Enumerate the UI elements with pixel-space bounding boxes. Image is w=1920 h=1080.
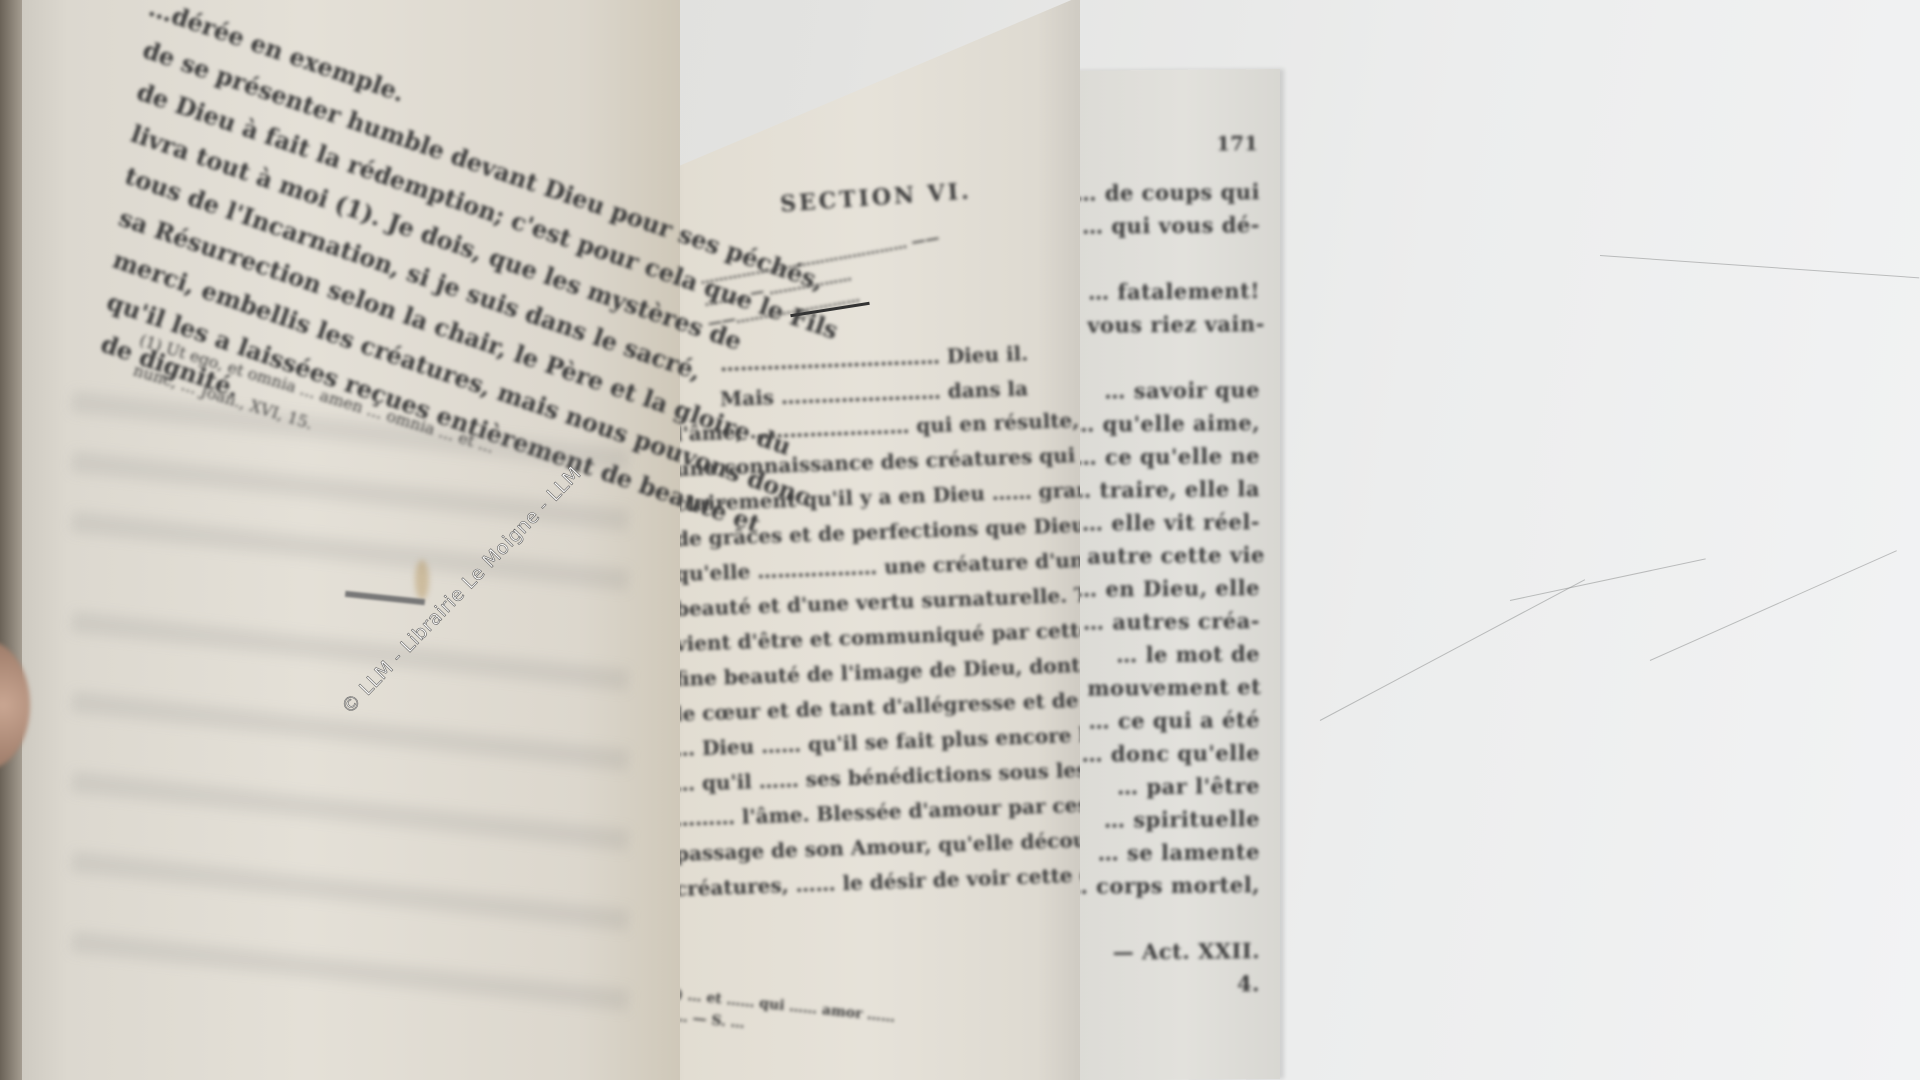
text-line: créatures, …… le désir de voir cette div…: [675, 861, 1148, 901]
show-through-text: [70, 511, 629, 591]
section-heading: SECTION VI.: [779, 178, 972, 217]
text-line: Mais …………………… dans la: [720, 376, 1029, 411]
text-line: … le mot de: [1058, 641, 1260, 668]
text-line: … se lamente: [1058, 839, 1260, 866]
text-line: … donc qu'elle: [1058, 740, 1260, 767]
middle-page: SECTION VI. ……………………………………… ——……… — ……………: [650, 0, 1080, 1080]
left-page: …dérée en exemple.de se présenter humble…: [0, 0, 680, 1080]
text-line: … qu'elle aime,: [1058, 410, 1260, 437]
surface-scratch: [1320, 579, 1585, 721]
text-line: …………………………… Dieu il.: [720, 341, 1029, 376]
text-line: … autre cette vie: [1058, 542, 1260, 569]
text-line: … ce qu'elle ne: [1058, 443, 1260, 470]
page-number: 171: [1216, 131, 1258, 155]
text-line: … vous riez vain-: [1058, 311, 1260, 338]
text-line: … Dieu …… qu'il se fait plus encore le ……: [675, 721, 1133, 761]
show-through-text: [70, 931, 629, 1011]
text-line: [1058, 905, 1260, 907]
text-line: … ce qui a été: [1058, 707, 1260, 734]
show-through-text: [70, 611, 629, 691]
text-line: … autres créa-: [1058, 608, 1260, 635]
end-rule: [345, 591, 425, 605]
text-line: [1058, 245, 1260, 247]
surface-scratch: [1510, 558, 1706, 601]
book-edge: [0, 0, 22, 1080]
text-line: … par l'être: [1058, 773, 1260, 800]
surface-scratch: [1600, 255, 1919, 278]
text-line: … fatalement!: [1058, 278, 1260, 305]
text-line: … spirituelle: [1058, 806, 1260, 833]
text-line: … de coups qui: [1058, 179, 1260, 206]
show-through-text: [70, 771, 629, 851]
text-line: … elle vit réel-: [1058, 509, 1260, 536]
foxing-stain: [415, 560, 429, 600]
text-line: … traire, elle la: [1058, 476, 1260, 503]
text-line: … corps mortel,: [1058, 872, 1260, 899]
text-line: … mouvement et: [1058, 674, 1260, 701]
text-line: 4.: [1058, 971, 1260, 998]
surface-scratch: [1650, 550, 1897, 661]
show-through-text: [70, 851, 629, 931]
text-line: … savoir que: [1058, 377, 1260, 404]
text-line: — Act. XXII.: [1058, 938, 1260, 965]
text-line: … en Dieu, elle: [1058, 575, 1260, 602]
text-line: [1058, 344, 1260, 346]
text-line: … qui vous dé-: [1058, 212, 1260, 239]
